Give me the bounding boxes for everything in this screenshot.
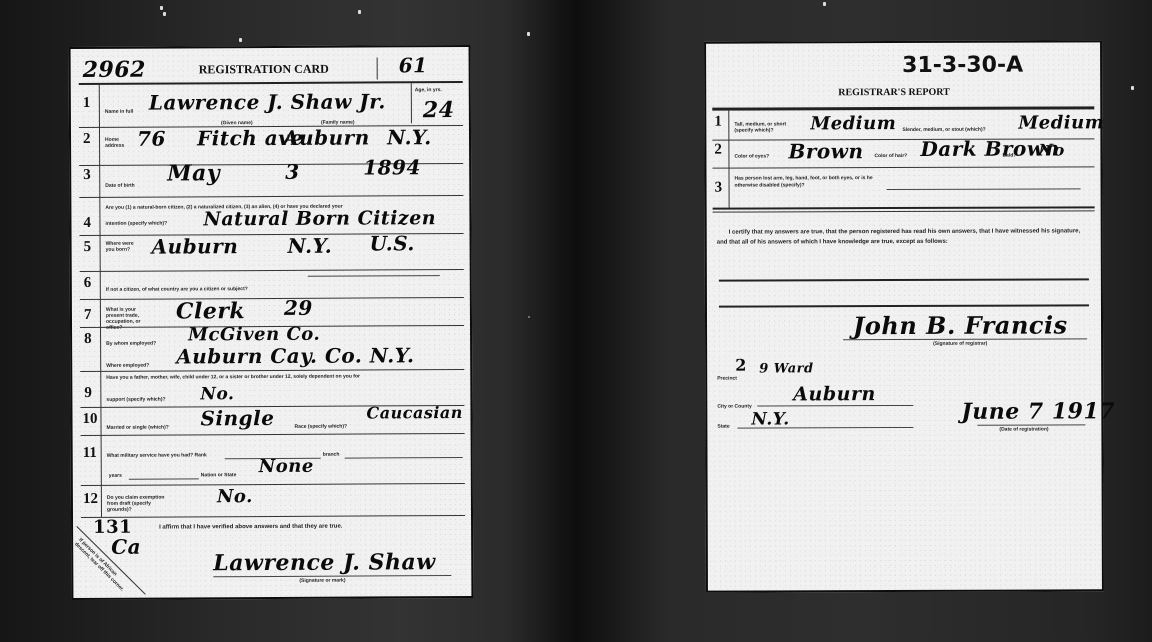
field-label-citizenship-2: intention (specify which)? xyxy=(105,221,167,227)
serial-number: 2962 xyxy=(83,57,146,83)
field-label-dependents: Have you a father, mother, wife, child u… xyxy=(106,374,360,381)
field-number: 11 xyxy=(83,445,97,462)
field-number: 9 xyxy=(84,385,92,402)
field-number: 1 xyxy=(83,95,91,112)
field-value-occupation: Clerk xyxy=(176,298,245,324)
field-value-birth-nation: U.S. xyxy=(370,231,415,255)
divider xyxy=(81,515,465,518)
field-label-employer: By whom employed? xyxy=(106,341,156,347)
field-value-state: N.Y. xyxy=(387,125,432,149)
field-label-years: years xyxy=(109,473,122,479)
field-number: 7 xyxy=(84,307,92,324)
order-number: 61 xyxy=(399,53,428,77)
divider xyxy=(80,269,464,272)
field-value-citizenship: Natural Born Citizen xyxy=(203,207,436,230)
field-number: 10 xyxy=(82,411,97,428)
scan-speck xyxy=(358,10,361,14)
field-number: 6 xyxy=(84,275,92,292)
field-label-build: Slender, medium, or stout (which)? xyxy=(902,127,985,133)
divider xyxy=(713,210,1095,212)
divider xyxy=(79,195,463,198)
blank-line xyxy=(757,405,913,407)
divider xyxy=(80,369,464,372)
field-label-hair: Color of hair? xyxy=(874,153,907,159)
field-number: 1 xyxy=(714,114,722,131)
blank-line xyxy=(887,188,1081,190)
field-value-birth-year: 1894 xyxy=(363,155,421,179)
blank-line xyxy=(737,427,913,429)
city-value: Auburn xyxy=(793,383,876,405)
number-column-line xyxy=(99,85,102,517)
field-label-birthplace: Where were you born? xyxy=(106,241,136,253)
field-label-marital: Married or single (which)? xyxy=(107,425,169,431)
field-value-dependents: No. xyxy=(200,384,234,404)
field-value-build: Medium xyxy=(1018,112,1104,133)
field-value-race: Caucasian xyxy=(366,403,463,423)
scan-speck xyxy=(239,38,242,42)
scan-speck xyxy=(1131,86,1134,90)
divider xyxy=(712,166,1094,168)
field-number: 2 xyxy=(714,142,722,159)
field-label-alien: If not a citizen, of what country are yo… xyxy=(106,286,248,293)
field-value-bald: No xyxy=(1038,140,1064,159)
precinct-label: Precinct xyxy=(717,376,737,382)
city-label: City or County xyxy=(717,404,751,410)
order-box-divider xyxy=(377,57,378,79)
field-value-occupation-note: 29 xyxy=(284,296,313,320)
number-column-line xyxy=(728,110,729,208)
field-value-birth-state: N.Y. xyxy=(288,234,333,258)
form-number: 31-3-30-A xyxy=(902,53,1023,78)
tear-off-corner: If person is of African descent, tear of… xyxy=(73,526,145,598)
divider xyxy=(80,297,464,300)
scan-speck xyxy=(528,316,530,318)
divider xyxy=(712,106,1094,110)
precinct-value: 2 xyxy=(735,356,747,375)
blank-line xyxy=(345,457,463,459)
registrant-signature: Lawrence J. Shaw xyxy=(213,549,436,576)
field-label-exemption: Do you claim exemption from draft (speci… xyxy=(107,495,167,513)
certification-text: I certify that my answers are true, that… xyxy=(717,226,1089,247)
field-label-height: Tall, medium, or short (specify which)? xyxy=(734,121,796,133)
blank-line xyxy=(129,478,199,479)
report-title: REGISTRAR'S REPORT xyxy=(838,87,950,98)
field-value-exemption: No. xyxy=(217,486,253,507)
field-label-nation: Nation or State xyxy=(201,472,237,478)
field-value-house-number: 76 xyxy=(137,127,166,151)
blank-line xyxy=(719,304,1089,307)
registrar-signature-label: (Signature of registrar) xyxy=(933,341,987,347)
registration-card-back: 31-3-30-A REGISTRAR'S REPORT 1 Tall, med… xyxy=(704,40,1104,592)
field-value-work-place: Auburn Cay. Co. N.Y. xyxy=(176,343,414,368)
field-value-birth-town: Auburn xyxy=(152,234,239,258)
age-column-line xyxy=(411,83,412,123)
field-value-eyes: Brown xyxy=(788,139,863,163)
divider xyxy=(81,433,465,436)
divider xyxy=(713,206,1095,209)
field-number: 3 xyxy=(715,180,723,197)
field-value-age: 24 xyxy=(423,97,455,123)
scan-speck xyxy=(160,6,163,10)
field-value-birth-day: 3 xyxy=(285,160,300,184)
field-value-height: Medium xyxy=(810,113,896,134)
scan-speck xyxy=(823,2,826,6)
field-label-address: Home address xyxy=(105,137,129,149)
field-label-birth: Date of birth xyxy=(105,183,134,189)
field-label-work-place: Where employed? xyxy=(106,363,149,369)
card-title: REGISTRATION CARD xyxy=(199,62,329,78)
field-number: 5 xyxy=(84,239,92,256)
field-value-military: None xyxy=(259,456,314,477)
state-label: State xyxy=(717,424,729,430)
blank-line xyxy=(308,275,440,277)
field-value-name: Lawrence J. Shaw Jr. xyxy=(149,89,386,114)
field-label-disability: Has person lost arm, leg, hand, foot, or… xyxy=(735,175,885,190)
registration-date: June 7 1917 xyxy=(961,398,1115,425)
blank-line xyxy=(719,278,1089,281)
date-line xyxy=(977,424,1085,425)
field-number: 2 xyxy=(83,131,91,148)
field-number: 3 xyxy=(83,167,91,184)
scan-speck xyxy=(163,12,166,16)
field-label-military: What military service have you had? Rank xyxy=(107,452,207,459)
corner-stamp-text: If person is of African descent, tear of… xyxy=(73,537,131,595)
field-label-race: Race (specify which)? xyxy=(295,424,348,430)
field-number: 12 xyxy=(83,491,98,508)
field-label-dependents-2: support (specify which)? xyxy=(106,397,165,403)
scan-speck xyxy=(527,32,530,36)
field-label-name: Name in full xyxy=(105,109,133,115)
registrar-signature: John B. Francis xyxy=(853,310,1068,340)
field-value-employer: McGiven Co. xyxy=(188,324,320,346)
field-value-marital: Single xyxy=(200,406,274,430)
signature-label: (Signature or mark) xyxy=(299,578,345,584)
divider xyxy=(81,483,465,486)
field-number: 4 xyxy=(83,215,91,232)
registration-card-front: 2962 REGISTRATION CARD 61 1 Name in full… xyxy=(69,45,474,600)
field-label-bald: Bald? xyxy=(1002,153,1016,159)
affirmation-text: I affirm that I have verified above answ… xyxy=(159,524,342,531)
field-value-city: Auburn xyxy=(283,125,370,149)
age-label: Age, in yrs. xyxy=(415,87,442,93)
date-label: (Date of registration) xyxy=(999,426,1048,432)
field-number: 8 xyxy=(84,331,92,348)
ward-value: 9 Ward xyxy=(759,361,813,376)
field-label-branch: branch xyxy=(323,452,340,458)
field-label-eyes: Color of eyes? xyxy=(734,153,769,159)
field-value-birth-month: May xyxy=(167,160,220,186)
